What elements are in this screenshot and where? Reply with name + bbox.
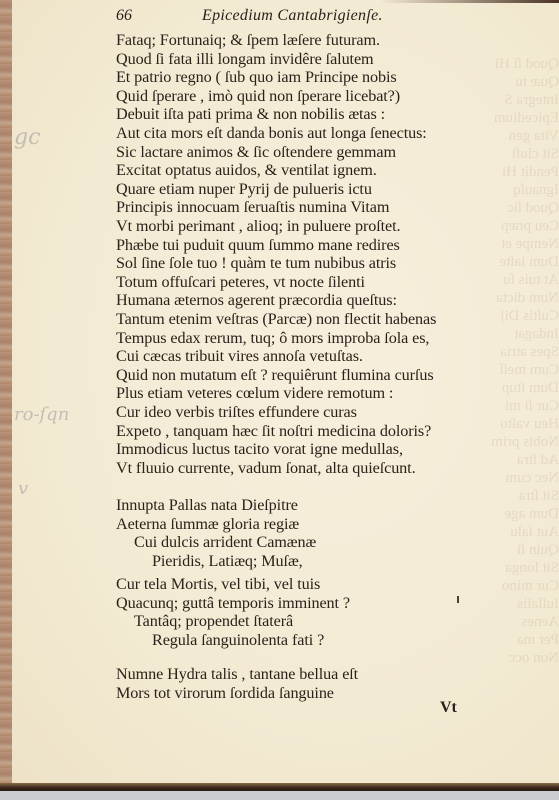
verse-line: Sic lactare animos & ſic oſtendere gemma… [116, 143, 396, 162]
bleed-through-line: Vita gen [469, 127, 559, 145]
scanned-book-page: Quod ſi HiQuæ tuIntegra SEpicediumVita g… [0, 0, 559, 800]
bleed-through-line: Dum iaſte [469, 253, 559, 271]
verse-line: Innupta Pallas nata Dieſpitre [116, 496, 298, 515]
bleed-through-line: Dum ſtup [469, 379, 559, 397]
bleed-through-line: At tuis ſu [469, 271, 559, 289]
bleed-through-line: Ignauſq [469, 181, 559, 199]
bleed-through-line: Nobis prim [469, 433, 559, 451]
verse-line: Expeto , tanquam hæc ſit noſtri medicina… [116, 422, 431, 441]
verse-line: Immodicus luctus tacito vorat igne medul… [116, 440, 403, 459]
pencil-marginalia-3: v [18, 478, 28, 499]
bleed-through-line: Heu vaſto [469, 415, 559, 433]
verse-line: Cui cæcas tribuit vires annoſa vetuſtas. [116, 347, 363, 366]
bleed-through-line: Quin ſi [469, 541, 559, 559]
verse-line: Totum offuſcari peteres, vt nocte ſilent… [116, 273, 365, 292]
bleed-through-line: Spes atria [469, 343, 559, 361]
bottom-edge-shadow [0, 783, 559, 791]
bleed-through-line: Cur ſi mi [469, 397, 559, 415]
verse-line: Quid ſperare , imò quid non ſperare lice… [116, 87, 400, 106]
paper-page: Quod ſi HiQuæ tuIntegra SEpicediumVita g… [0, 0, 559, 788]
verse-line: Tantâq; propendet ſtaterâ [134, 612, 293, 631]
verse-line: Vt fluuio currente, vadum ſonat, alta qu… [116, 459, 416, 478]
verse-line: Vt morbi perimant , alioq; in puluere pr… [116, 217, 400, 236]
ink-speck [457, 596, 459, 603]
verse-line: Mors tot virorum ſordida ſanguine [116, 684, 334, 703]
bleed-through-line: Aenes [469, 613, 559, 631]
bleed-through-line: Quod ſic [469, 199, 559, 217]
bleed-through-line: Ad ſtra [469, 451, 559, 469]
bleed-through-line: Iuſſalis [469, 595, 559, 613]
pencil-marginalia-2: ro-ſqn [14, 404, 69, 425]
bleed-through-text: Quod ſi HiQuæ tuIntegra SEpicediumVita g… [469, 55, 559, 715]
catchword: Vt [440, 699, 457, 717]
page-number: 66 [116, 7, 132, 25]
bleed-through-line: Cuſtis Dij [469, 307, 559, 325]
verse-line: Aeterna ſummæ gloria regiæ [116, 515, 299, 534]
bleed-through-line: Ceu præp [469, 217, 559, 235]
binding-edge [0, 0, 12, 788]
verse-line: Cur ideo verbis triſtes effundere curas [116, 403, 357, 422]
verse-line: Et patrio regno ( ſub quo iam Principe n… [116, 68, 397, 87]
bleed-through-line: Quod ſi Hi [469, 55, 559, 73]
bleed-through-line: Quæ tu [469, 73, 559, 91]
pencil-marginalia-1: gc [14, 125, 40, 150]
verse-line: Quare etiam nuper Pyrij de pulueris ictu [116, 180, 372, 199]
bleed-through-line: Sit ſtra [469, 487, 559, 505]
verse-line: Principis innocuam ſeruaſtis numina Vita… [116, 198, 389, 217]
bleed-through-line: Non occ [469, 649, 559, 667]
bleed-through-line: Cum meſſ [469, 361, 559, 379]
verse-line: Plus etiam veteres cœlum videre remotum … [116, 384, 393, 403]
running-head: 66 Epicedium Cantabrigienſe. [116, 7, 476, 27]
verse-line: Quod ſi fata illi longam invidêre ſalute… [116, 50, 374, 69]
bleed-through-line: Cur mino [469, 577, 559, 595]
verse-line: Quid non mutatum eſt ? requiêrunt flumin… [116, 366, 434, 385]
verse-line: Fataq; Fortunaiq; & ſpem læſere futuram. [116, 31, 380, 50]
verse-line: Pieridis, Latiæq; Muſæ, [152, 552, 303, 571]
verse-line: Sol ſine ſole tuo ! quàm te tum nubibus … [116, 254, 396, 273]
bleed-through-line: Dum age [469, 505, 559, 523]
bleed-through-line: Integra S [469, 91, 559, 109]
verse-line: Tempus edax rerum, tuq; ô mors improba ſ… [116, 329, 429, 348]
running-head-title: Epicedium Cantabrigienſe. [202, 7, 383, 25]
verse-line: Cui dulcis arrident Camænæ [134, 533, 316, 552]
bleed-through-line: Pendit Hi [469, 163, 559, 181]
bleed-through-line: Aut ſalu [469, 523, 559, 541]
top-edge-shadow [380, 0, 559, 3]
verse-line: Excitat optatus auidos, & ventilat ignem… [116, 161, 377, 180]
verse-line: Debuit iſta pati prima & non nobilis æta… [116, 105, 385, 124]
verse-line: Cur tela Mortis, vel tibi, vel tuis [116, 575, 320, 594]
verse-line: Tantum etenim veſtras (Parcæ) non flecti… [116, 310, 436, 329]
verse-line: Numne Hydra talis , tantane bellua eſt [116, 665, 358, 684]
verse-line: Aut cita mors eſt danda bonis aut longa … [116, 124, 427, 143]
bleed-through-line: Indagat [469, 325, 559, 343]
bleed-through-line: Sit cluſi [469, 145, 559, 163]
bleed-through-line: Nempe et [469, 235, 559, 253]
verse-line: Regula ſanguinolenta fati ? [152, 631, 324, 650]
bleed-through-line: Num dicta [469, 289, 559, 307]
verse-line: Quacunq; guttâ temporis imminent ? [116, 594, 350, 613]
bleed-through-line: Per ma [469, 631, 559, 649]
bleed-through-line: Epicedium [469, 109, 559, 127]
bleed-through-line: Nec cum [469, 469, 559, 487]
verse-line: Phæbe tui puduit quum ſummo mane redires [116, 236, 400, 255]
verse-line: Humana æternos agerent præcordia queſtus… [116, 291, 397, 310]
bleed-through-line: Sit longa [469, 559, 559, 577]
